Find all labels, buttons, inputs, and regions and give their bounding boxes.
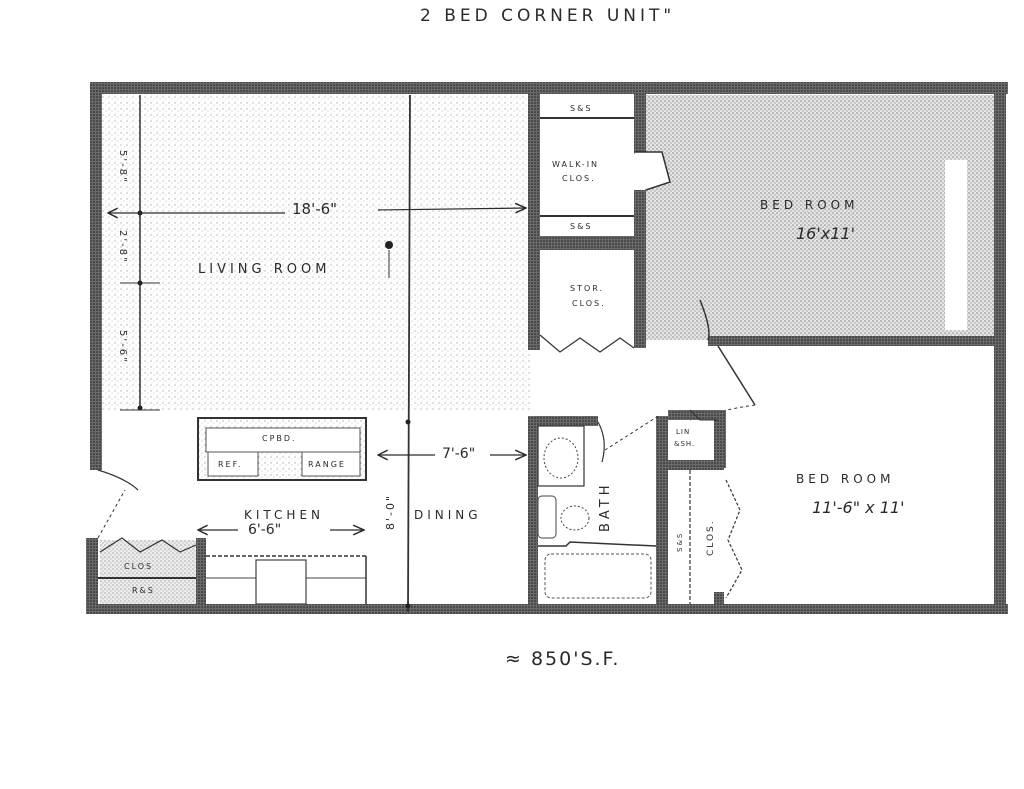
- dining-label: DINING: [414, 508, 482, 522]
- range-label: RANGE: [308, 460, 346, 469]
- bedroom-2-label: BED ROOM: [796, 472, 894, 486]
- kitchen-label: KITCHEN: [244, 508, 324, 522]
- bedroom-1-size: 16'x11': [796, 224, 855, 243]
- walkin-closet-label-2: CLOS.: [562, 174, 596, 183]
- linen-label-1: LIN: [676, 428, 690, 436]
- page-title: 2 BED CORNER UNIT": [420, 6, 675, 26]
- front-closet-shelf-label: R&S: [132, 586, 155, 595]
- dining-depth-dimension: 8'-0": [384, 494, 397, 530]
- bedroom-2-size: 11'-6" x 11': [812, 498, 904, 517]
- shelf-top-label: S&S: [570, 104, 592, 113]
- living-width-dimension: 18'-6": [292, 200, 337, 218]
- shelf-mid-label: S&S: [570, 222, 592, 231]
- left-dimension-bottom: 5'-6": [117, 330, 128, 364]
- walkin-closet-label-1: WALK-IN: [552, 160, 599, 169]
- hall-closet-label: CLOS.: [706, 519, 716, 556]
- left-dimension-top: 5'-8": [117, 150, 128, 184]
- bath-label: BATH: [598, 481, 613, 532]
- area-note: ≈ 850'S.F.: [505, 648, 620, 670]
- dining-width-dimension: 7'-6": [442, 446, 475, 462]
- storage-closet-label-2: CLOS.: [572, 299, 606, 308]
- cupboard-label: CPBD.: [262, 434, 297, 443]
- front-closet-label: CLOS: [124, 562, 153, 571]
- bedroom-1-label: BED ROOM: [760, 198, 858, 212]
- refrigerator-label: REF.: [218, 460, 242, 469]
- kitchen-width-dimension: 6'-6": [248, 522, 281, 538]
- linen-label-2: &SH.: [674, 440, 695, 448]
- storage-closet-label-1: STOR.: [570, 284, 604, 293]
- floor-plan-drawing: [0, 0, 1024, 789]
- living-room-label: LIVING ROOM: [198, 262, 330, 277]
- shelf-hall-label: S&S: [676, 532, 684, 552]
- left-dimension-mid: 2'-8": [117, 230, 128, 264]
